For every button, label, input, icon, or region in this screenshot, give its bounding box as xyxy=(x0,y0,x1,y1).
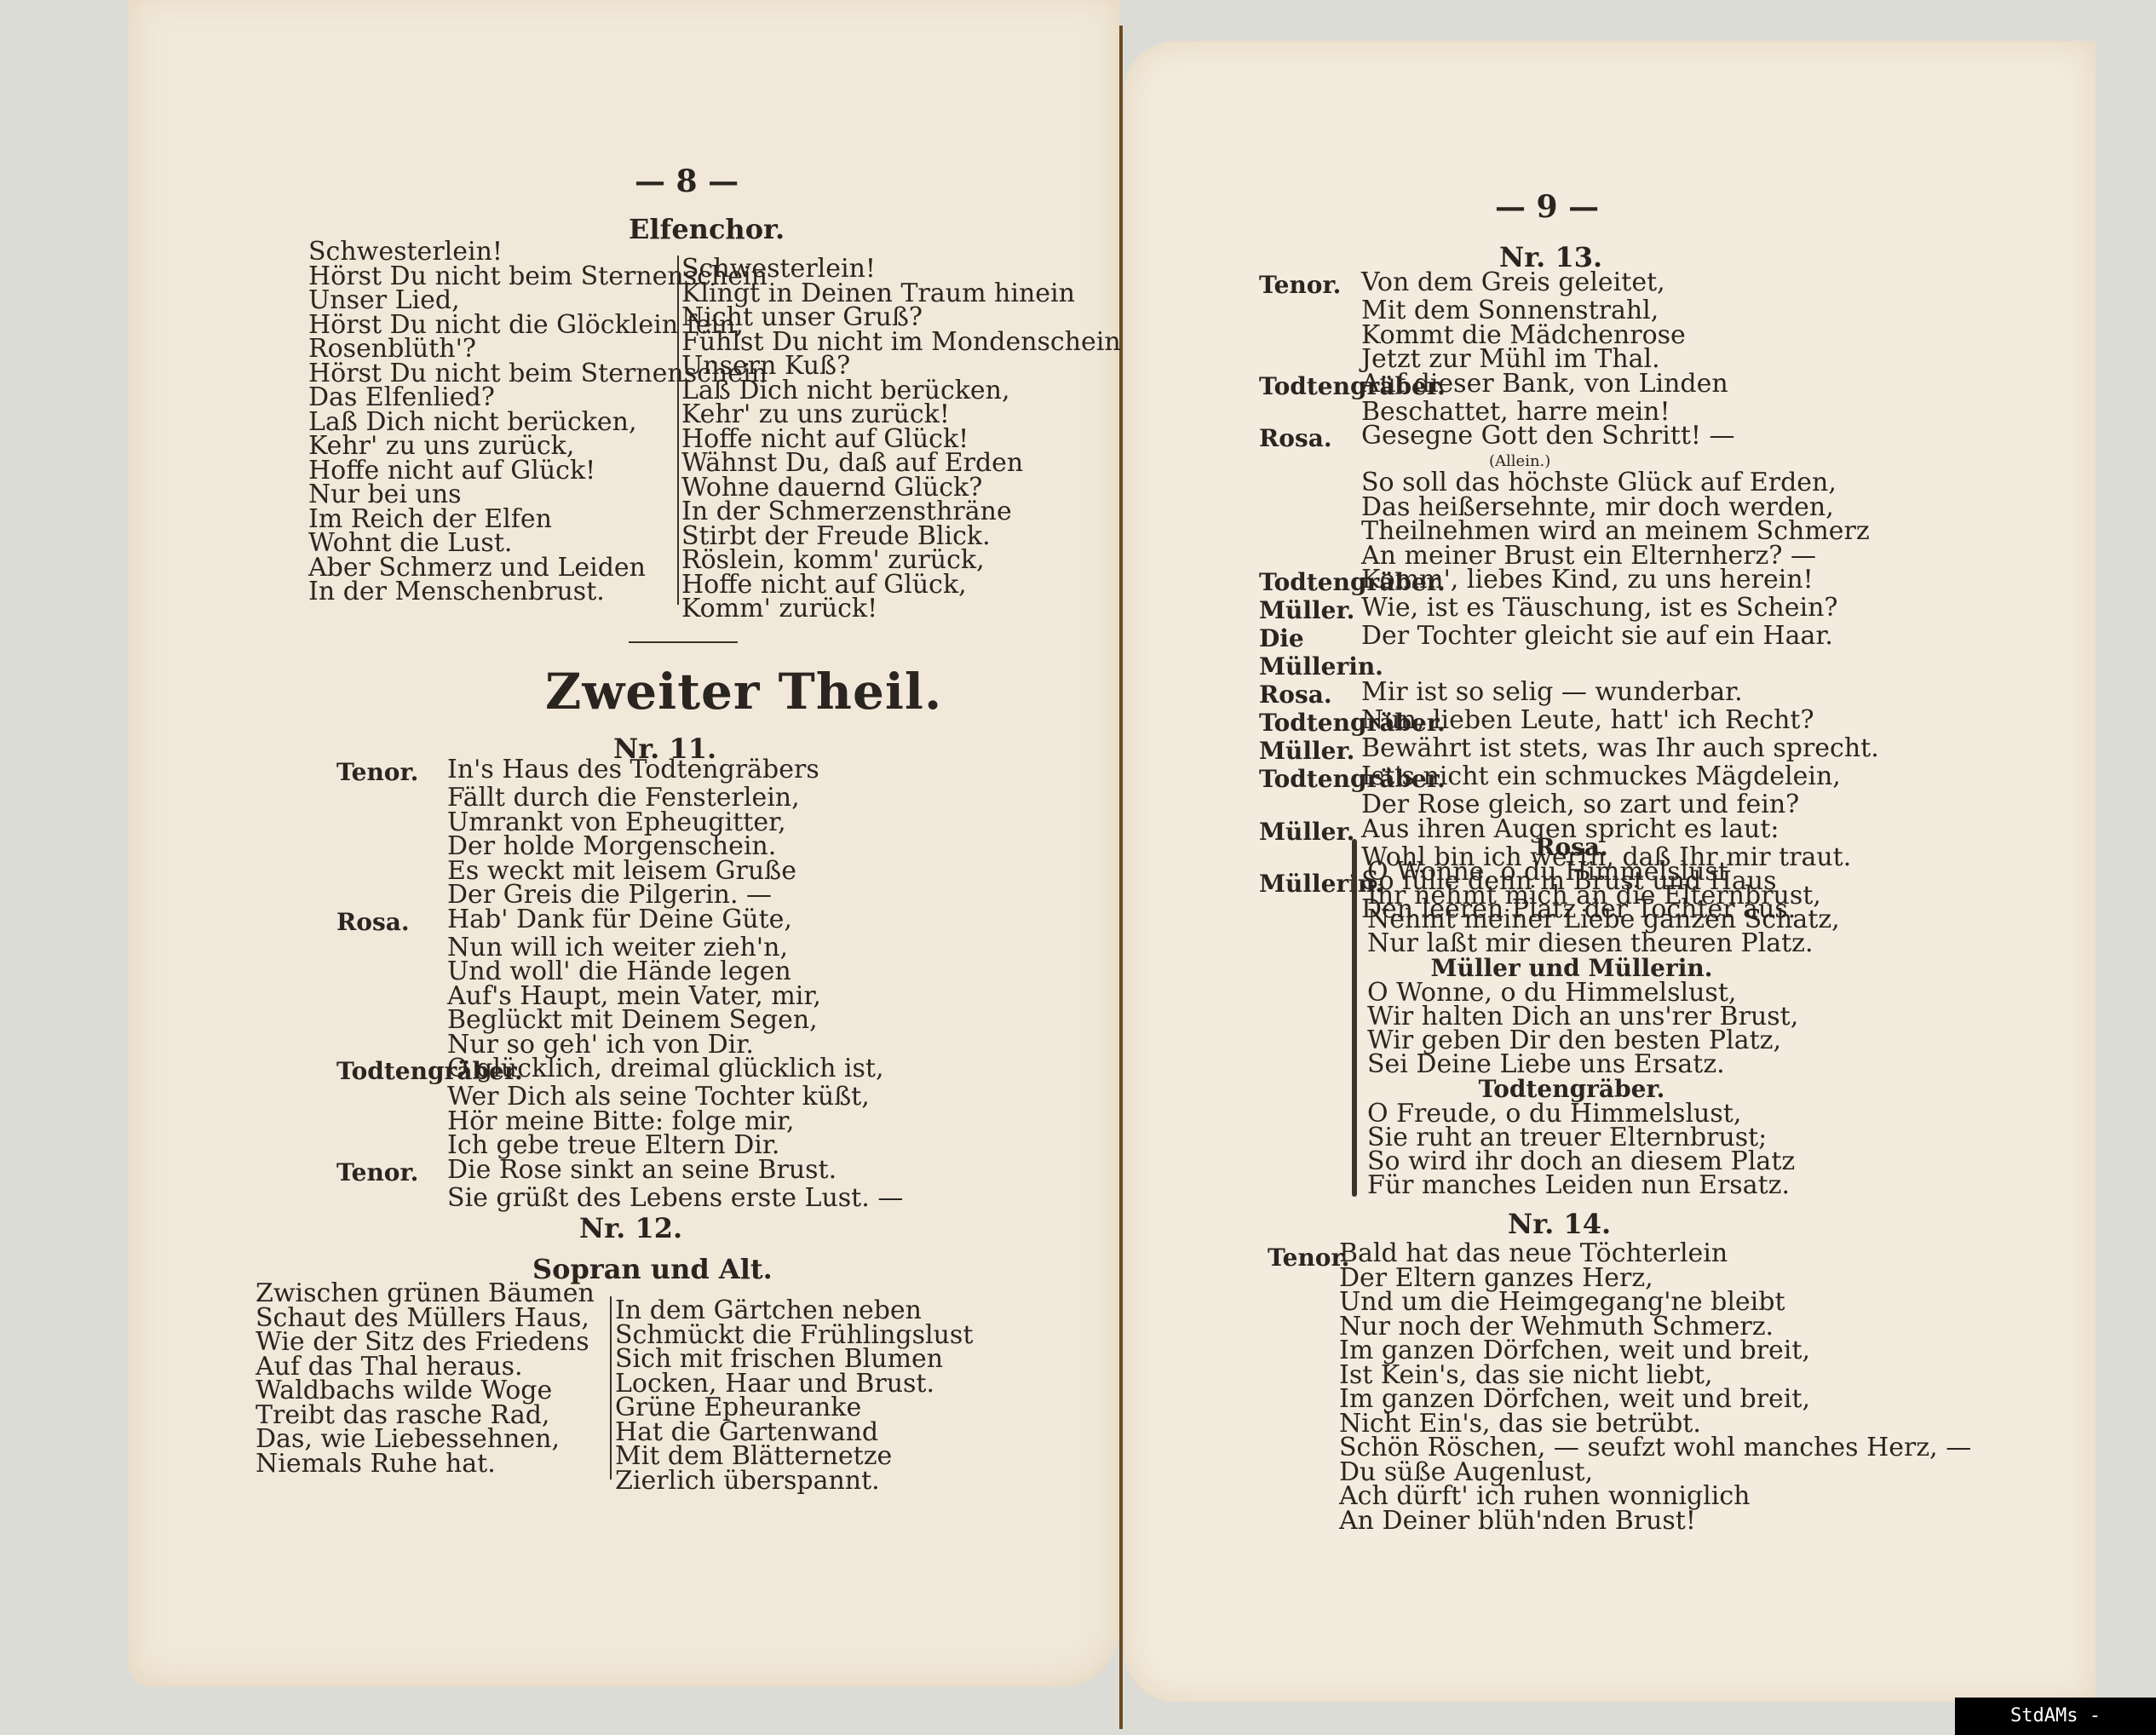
column-divider xyxy=(610,1296,612,1479)
nr12-left-column: Zwischen grünen BäumenSchaut des Müllers… xyxy=(256,1282,595,1476)
elfenchor-title: Elfenchor. xyxy=(629,215,785,244)
dialogue-row: Todtengräber.Auf dieser Bank, von Linden xyxy=(1259,372,1879,400)
speaker-label: Todtengräber. xyxy=(1259,372,1361,400)
speaker-label xyxy=(336,811,447,836)
speaker-label: Tenor. xyxy=(1259,271,1361,299)
speaker-label: Tenor. xyxy=(336,1158,447,1186)
dialogue-row: Rosa.Gesegne Gott den Schritt! — xyxy=(1259,424,1879,452)
verse-line: Die Rose sinkt an seine Brust. xyxy=(447,1158,837,1186)
speaker-label xyxy=(1259,348,1361,372)
speaker-label: Müllerin. xyxy=(1259,870,1361,898)
speaker-label: Rosa. xyxy=(1259,681,1361,709)
speaker-label: Rosa. xyxy=(1259,424,1361,452)
speaker-label xyxy=(1259,400,1361,425)
dialogue-row: Sie grüßt des Lebens erste Lust. — xyxy=(336,1186,903,1211)
speaker-label xyxy=(336,859,447,884)
speaker-label: Todtengräber. xyxy=(1259,765,1361,793)
verse-line: Sei Deine Liebe uns Ersatz. xyxy=(1367,1053,1776,1077)
speaker-label xyxy=(336,936,447,961)
verse-line: Auf dieser Bank, von Linden xyxy=(1361,372,1728,400)
page-number-right: — 9 — xyxy=(1495,192,1599,221)
speaker-label xyxy=(1259,898,1361,922)
dialogue-row: Rosa.Hab' Dank für Deine Güte, xyxy=(336,908,903,936)
verse-line: Zierlich überspannt. xyxy=(615,1469,973,1494)
speaker-label: Müller. xyxy=(1259,818,1361,846)
nr13-dialogue: Tenor.Von dem Greis geleitet,Mit dem Son… xyxy=(1259,271,1879,922)
speaker-label xyxy=(336,1033,447,1058)
speaker-label xyxy=(1259,793,1361,818)
section-rule xyxy=(629,641,738,643)
verse-line: An Deiner blüh'nden Brust! xyxy=(1339,1509,1971,1534)
verse-line: Komm' zurück! xyxy=(681,597,1121,622)
dialogue-row: Die Müllerin.Der Tochter gleicht sie auf… xyxy=(1259,624,1879,681)
page-number-left: — 8 — xyxy=(635,167,739,196)
speaker-label xyxy=(1259,544,1361,569)
verse-line: Gesegne Gott den Schritt! — xyxy=(1361,424,1735,452)
verse-line: Sie grüßt des Lebens erste Lust. — xyxy=(447,1186,903,1211)
speaker-label xyxy=(1259,520,1361,544)
speaker-label xyxy=(1259,299,1361,324)
speaker-label xyxy=(1259,471,1361,496)
part-title: Zweiter Theil. xyxy=(545,677,942,706)
speaker-label xyxy=(336,1110,447,1135)
verse-line: Niemals Ruhe hat. xyxy=(256,1452,595,1477)
nr14-lines: Bald hat das neue TöchterleinDer Eltern … xyxy=(1339,1242,1971,1533)
column-divider xyxy=(677,256,679,605)
verse-line: Hab' Dank für Deine Güte, xyxy=(447,908,792,936)
speaker-label xyxy=(336,1085,447,1110)
nr11-dialogue: Tenor.In's Haus des TodtengräbersFällt d… xyxy=(336,758,903,1210)
speaker-label xyxy=(1259,496,1361,520)
archive-label: StdAMs - MV_004_618 xyxy=(1955,1698,2156,1735)
speaker-label xyxy=(336,985,447,1009)
verse-line: Für manches Leiden nun Ersatz. xyxy=(1367,1174,1776,1198)
speaker-label xyxy=(1259,846,1361,870)
speaker-label xyxy=(336,786,447,811)
speaker-label xyxy=(336,1186,447,1211)
verse-line: Nur laßt mir diesen theuren Platz. xyxy=(1367,932,1776,956)
speaker-label: Todtengräber. xyxy=(336,1057,447,1085)
verse-line: Der Tochter gleicht sie auf ein Haar. xyxy=(1361,624,1833,681)
speaker-label: Die Müllerin. xyxy=(1259,624,1361,681)
elfenchor-right-column: Schwesterlein!Klingt in Deinen Traum hin… xyxy=(681,257,1121,622)
speaker-label: Müller. xyxy=(1259,737,1361,765)
speaker-label xyxy=(336,835,447,859)
speaker-label xyxy=(336,1008,447,1033)
speaker-label: Rosa. xyxy=(336,908,447,936)
speaker-label xyxy=(1259,324,1361,348)
speaker-label: Tenor. xyxy=(336,758,447,786)
nr12-right-column: In dem Gärtchen nebenSchmückt die Frühli… xyxy=(615,1299,973,1493)
speaker-label: Todtengräber. xyxy=(1259,709,1361,737)
nr14-title: Nr. 14. xyxy=(1508,1209,1611,1238)
dialogue-row: Tenor.Die Rose sinkt an seine Brust. xyxy=(336,1158,903,1186)
speaker-label: Todtengräber. xyxy=(1259,568,1361,596)
nr12-title: Nr. 12. xyxy=(579,1214,682,1243)
nr14-speaker: Tenor. xyxy=(1268,1244,1349,1273)
speaker-label xyxy=(336,883,447,908)
speaker-label xyxy=(336,960,447,985)
ensemble-brace xyxy=(1352,839,1357,1197)
speaker-label xyxy=(336,1134,447,1158)
nr13-ensemble: Rosa.O Wonne, o du HimmelslustIhr nehmt … xyxy=(1367,835,1776,1198)
speaker-label: Müller. xyxy=(1259,596,1361,624)
